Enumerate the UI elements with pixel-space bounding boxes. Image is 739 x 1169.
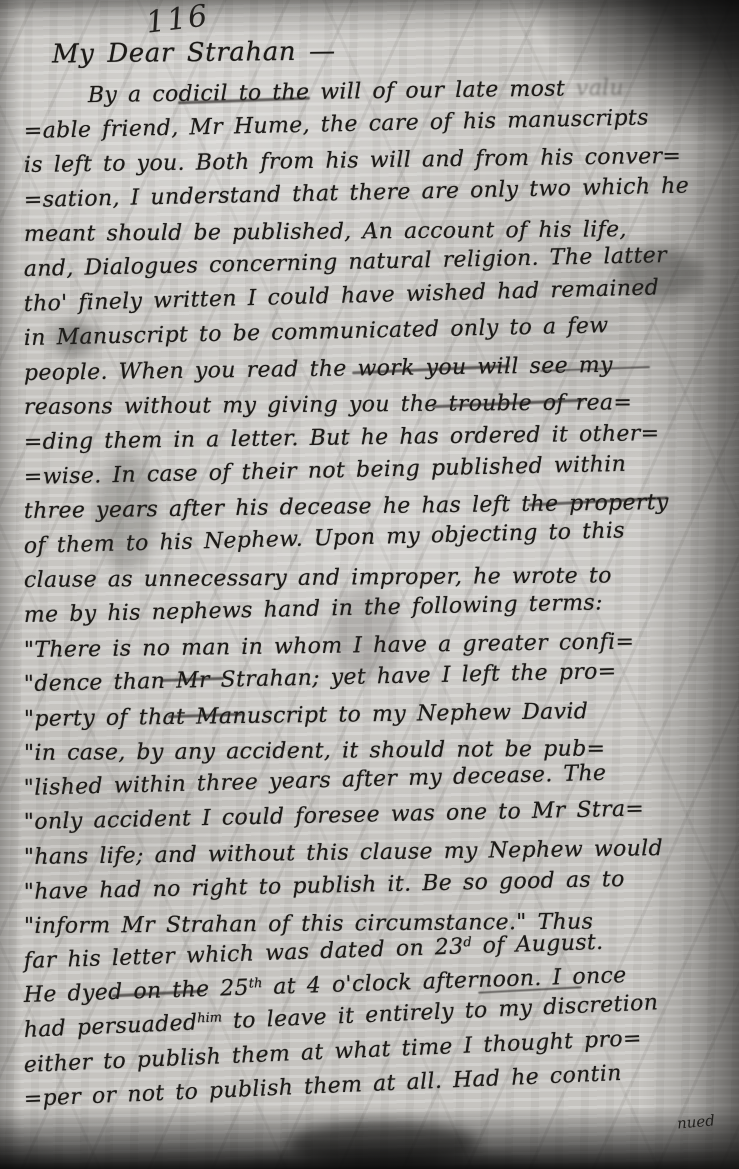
catchword: nued xyxy=(676,1111,715,1132)
salutation: My Dear Strahan — xyxy=(52,37,336,70)
ink-blot xyxy=(288,1122,478,1166)
page-number: 116 xyxy=(144,0,211,41)
line-text: By a codicil to the will of our late mos… xyxy=(88,76,576,108)
line-text: clause as unnecessary and improper, he w… xyxy=(24,564,612,594)
line-text: reasons without my giving you the troubl… xyxy=(24,391,632,421)
line-text: "in case, by any accident, it should not… xyxy=(24,737,606,767)
line-text: meant should be published, An account of… xyxy=(24,218,627,248)
superscript-insertion: him xyxy=(197,1010,222,1026)
superscript-insertion: th xyxy=(249,977,263,992)
line-text: of August. xyxy=(471,930,603,959)
manuscript-body: By a codicil to the will of our late mos… xyxy=(24,84,733,1122)
line-text: valu xyxy=(576,76,625,102)
manuscript-page: 116 My Dear Strahan — By a codicil to th… xyxy=(0,0,739,1169)
